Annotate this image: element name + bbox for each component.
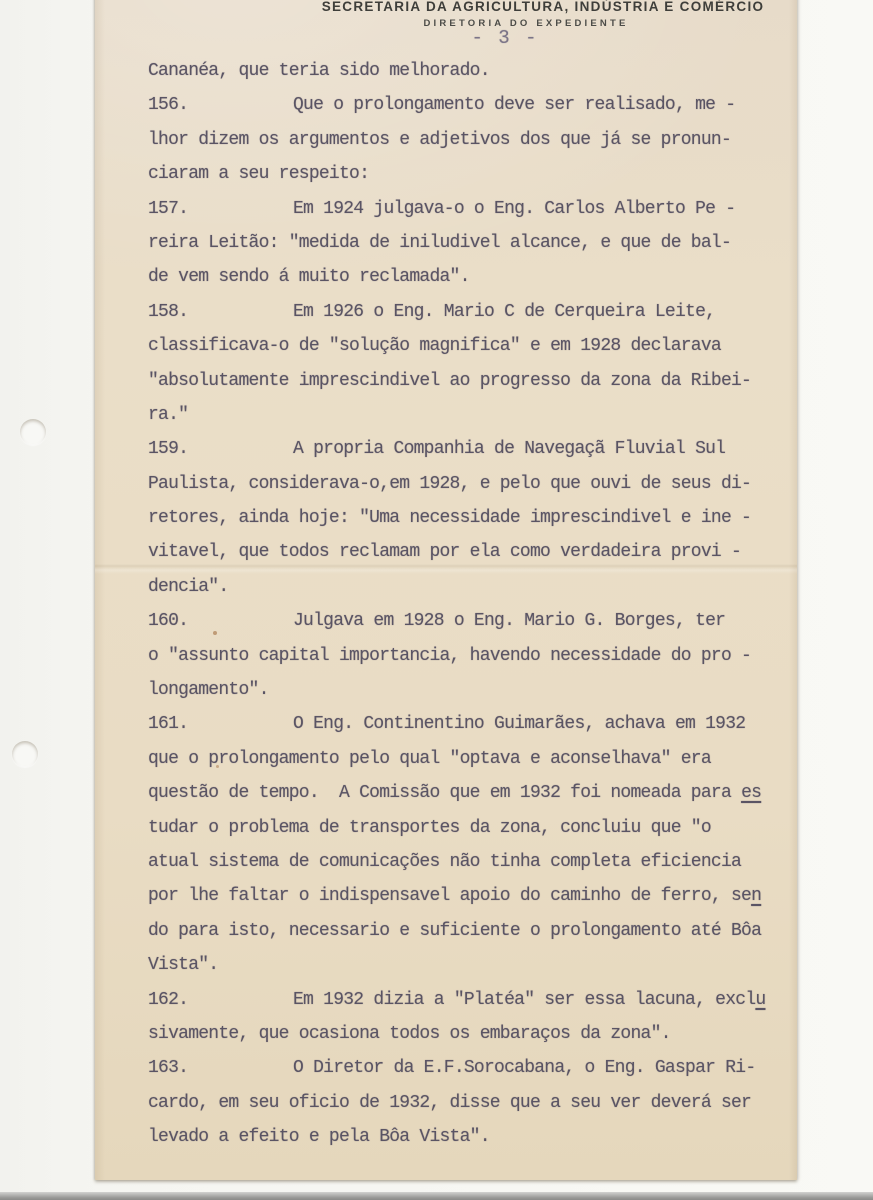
typed-text: Em 1926 o Eng. Mario C de Cerqueira Leit… — [293, 302, 715, 322]
paragraph: 157.Em 1924 julgava-o o Eng. Carlos Albe… — [148, 192, 778, 295]
paragraph-number: 158. — [148, 295, 293, 329]
typed-text: do para isto, necessario e suficiente o … — [148, 921, 761, 941]
typed-line: 160.Julgava em 1928 o Eng. Mario G. Borg… — [148, 604, 778, 638]
typed-line: cardo, em seu oficio de 1932, disse que … — [148, 1086, 778, 1120]
typed-line: 158.Em 1926 o Eng. Mario C de Cerqueira … — [148, 295, 778, 329]
typed-line: classificava-o de "solução magnifica" e … — [148, 329, 778, 363]
typed-line: sivamente, que ocasiona todos os embaraç… — [148, 1017, 778, 1051]
typed-text: classificava-o de "solução magnifica" e … — [148, 336, 721, 356]
paragraph: 158.Em 1926 o Eng. Mario C de Cerqueira … — [148, 295, 778, 433]
typed-text: o "assunto capital importancia, havendo … — [148, 646, 751, 666]
typed-line: Vista". — [148, 948, 778, 982]
typed-text: de vem sendo á muito reclamada". — [148, 267, 470, 287]
typed-text: cardo, em seu oficio de 1932, disse que … — [148, 1093, 751, 1113]
paper-speck — [216, 765, 219, 768]
underlined-text: es — [741, 783, 761, 803]
paragraph: 162.Em 1932 dizia a "Platéa" ser essa la… — [148, 983, 778, 1052]
paragraph: 163.O Diretor da E.F.Sorocabana, o Eng. … — [148, 1051, 778, 1154]
typed-line: lhor dizem os argumentos e adjetivos dos… — [148, 123, 778, 157]
document-body: Cananéa, que teria sido melhorado.156.Qu… — [148, 54, 778, 1155]
typed-line: o "assunto capital importancia, havendo … — [148, 639, 778, 673]
paragraph: 159.A propria Companhia de Navegaçã Fluv… — [148, 432, 778, 604]
typed-text: Em 1924 julgava-o o Eng. Carlos Alberto … — [293, 199, 735, 219]
page-number: - 3 - — [471, 27, 538, 49]
typed-text: A propria Companhia de Navegaçã Fluvial … — [293, 439, 725, 459]
typed-line: 163.O Diretor da E.F.Sorocabana, o Eng. … — [148, 1051, 778, 1085]
paragraph-number: 157. — [148, 192, 293, 226]
typed-line: Paulista, considerava-o,em 1928, e pelo … — [148, 467, 778, 501]
paragraph: 160.Julgava em 1928 o Eng. Mario G. Borg… — [148, 604, 778, 707]
typed-line: reira Leitão: "medida de iniludivel alca… — [148, 226, 778, 260]
typed-text: por lhe faltar o indispensavel apoio do … — [148, 886, 751, 906]
typed-text: ciaram a seu respeito: — [148, 164, 369, 184]
typed-line: ra." — [148, 398, 778, 432]
typed-text: Julgava em 1928 o Eng. Mario G. Borges, … — [293, 611, 725, 631]
typed-text: reira Leitão: "medida de iniludivel alca… — [148, 233, 731, 253]
paper-speck — [213, 631, 217, 635]
paragraph: Cananéa, que teria sido melhorado. — [148, 54, 778, 88]
hole-punch-top — [20, 419, 46, 445]
letterhead-title: SECRETARIA DA AGRICULTURA, INDÚSTRIA E C… — [322, 0, 765, 14]
paragraph-number: 159. — [148, 432, 293, 466]
typed-text: O Diretor da E.F.Sorocabana, o Eng. Gasp… — [293, 1058, 755, 1078]
typed-text: atual sistema de comunicações não tinha … — [148, 852, 741, 872]
underlined-text: u — [755, 990, 765, 1010]
typed-line: de vem sendo á muito reclamada". — [148, 260, 778, 294]
typed-line: 162.Em 1932 dizia a "Platéa" ser essa la… — [148, 983, 778, 1017]
typed-text: Em 1932 dizia a "Platéa" ser essa lacuna… — [293, 990, 755, 1010]
typed-line: Cananéa, que teria sido melhorado. — [148, 54, 778, 88]
typed-text: Paulista, considerava-o,em 1928, e pelo … — [148, 474, 751, 494]
typed-line: retores, ainda hoje: "Uma necessidade im… — [148, 501, 778, 535]
typed-text: tudar o problema de transportes da zona,… — [148, 818, 711, 838]
typed-line: 157.Em 1924 julgava-o o Eng. Carlos Albe… — [148, 192, 778, 226]
typed-text: Que o prolongamento deve ser realisado, … — [293, 95, 735, 115]
typed-line: questão de tempo. A Comissão que em 1932… — [148, 776, 778, 810]
typed-text: dencia". — [148, 577, 228, 597]
typed-line: que o prolongamento pelo qual "optava e … — [148, 742, 778, 776]
scanner-edge-strip — [0, 1192, 873, 1200]
paragraph-number: 156. — [148, 88, 293, 122]
typed-text: levado a efeito e pela Bôa Vista". — [148, 1127, 490, 1147]
typed-line: do para isto, necessario e suficiente o … — [148, 914, 778, 948]
paragraph: 161.O Eng. Continentino Guimarães, achav… — [148, 707, 778, 982]
paragraph: 156.Que o prolongamento deve ser realisa… — [148, 88, 778, 191]
typed-line: por lhe faltar o indispensavel apoio do … — [148, 879, 778, 913]
paragraph-number: 162. — [148, 983, 293, 1017]
typed-text: Vista". — [148, 955, 218, 975]
typed-line: longamento". — [148, 673, 778, 707]
typed-text: lhor dizem os argumentos e adjetivos dos… — [148, 130, 731, 150]
typed-line: levado a efeito e pela Bôa Vista". — [148, 1120, 778, 1154]
typed-text: questão de tempo. A Comissão que em 1932… — [148, 783, 741, 803]
typed-text: Cananéa, que teria sido melhorado. — [148, 61, 490, 81]
typed-line: 159.A propria Companhia de Navegaçã Fluv… — [148, 432, 778, 466]
typed-text: "absolutamente imprescindivel ao progres… — [148, 371, 751, 391]
underlined-text: n — [751, 886, 761, 906]
typed-text: que o prolongamento pelo qual "optava e … — [148, 749, 711, 769]
typed-text: longamento". — [148, 680, 269, 700]
typed-line: 156.Que o prolongamento deve ser realisa… — [148, 88, 778, 122]
typed-line: tudar o problema de transportes da zona,… — [148, 811, 778, 845]
typed-line: "absolutamente imprescindivel ao progres… — [148, 364, 778, 398]
paragraph-number: 161. — [148, 707, 293, 741]
typed-line: ciaram a seu respeito: — [148, 157, 778, 191]
typed-line: atual sistema de comunicações não tinha … — [148, 845, 778, 879]
typed-text: ra." — [148, 405, 188, 425]
typed-text: retores, ainda hoje: "Uma necessidade im… — [148, 508, 751, 528]
typed-line: dencia". — [148, 570, 778, 604]
typed-text: vitavel, que todos reclamam por ela como… — [148, 542, 741, 562]
typed-line: 161.O Eng. Continentino Guimarães, achav… — [148, 707, 778, 741]
typed-text: O Eng. Continentino Guimarães, achava em… — [293, 714, 745, 734]
typed-text: sivamente, que ocasiona todos os embaraç… — [148, 1024, 671, 1044]
paragraph-number: 160. — [148, 604, 293, 638]
typed-line: vitavel, que todos reclamam por ela como… — [148, 535, 778, 569]
document-page: SECRETARIA DA AGRICULTURA, INDÚSTRIA E C… — [95, 0, 797, 1180]
paragraph-number: 163. — [148, 1051, 293, 1085]
hole-punch-bottom — [12, 741, 38, 767]
